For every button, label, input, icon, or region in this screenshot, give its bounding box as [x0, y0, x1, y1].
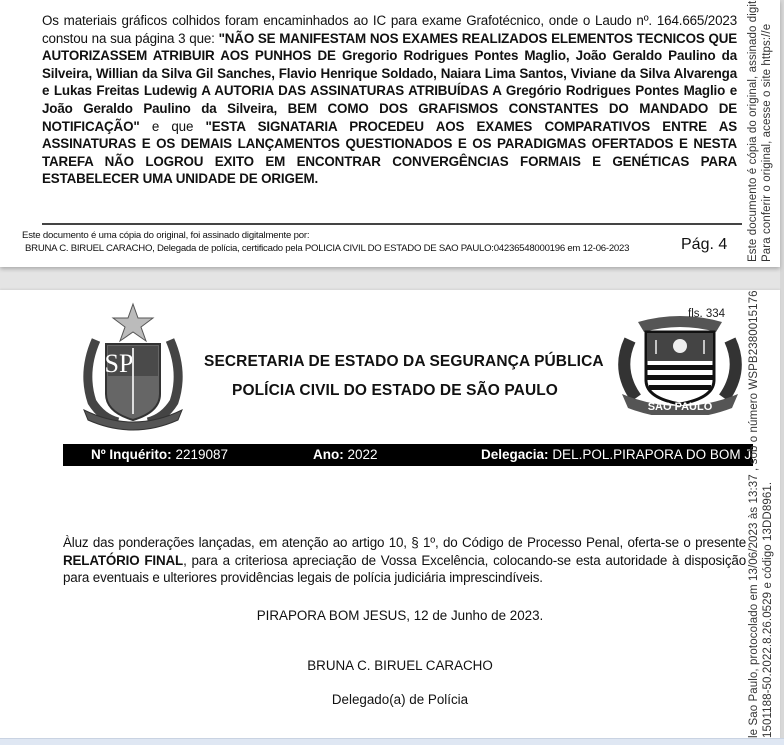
place-date: PIRAPORA BOM JESUS, 12 de Junho de 2023. — [0, 608, 780, 623]
page-number: Pág. 4 — [681, 236, 727, 254]
text-segment: RELATÓRIO FINAL — [63, 553, 183, 568]
header-title-secretaria: SECRETARIA DE ESTADO DA SEGURANÇA PÚBLIC… — [204, 353, 604, 371]
svg-text:SP: SP — [105, 349, 134, 378]
viewer-bottom-bar — [0, 738, 784, 745]
ano-value: 2022 — [348, 447, 378, 462]
inquerito-label: Nº Inquérito: — [91, 447, 172, 462]
signature-certificate: BRUNA C. BIRUEL CARACHO, Delegada de pol… — [25, 243, 629, 254]
document-page-relatorio: SP SECRETARIA DE ESTADO DA SEGURANÇA PÚB… — [0, 290, 780, 740]
side-stamp-line1: Este documento é cópia do original, assi… — [747, 0, 759, 262]
side-stamp-line1: le Sao Paulo, protocolado em 13/06/2023 … — [748, 290, 760, 738]
side-stamp-line2: 1501188-50.2022.8.26.0529 e código 13DD8… — [762, 482, 774, 738]
scrollbar-track[interactable] — [780, 0, 784, 745]
text-segment: Àluz das ponderações lançadas, em atençã… — [63, 535, 746, 550]
inquerito-value: 2219087 — [175, 447, 228, 462]
policia-civil-badge-icon: SÃO PAULO — [616, 310, 744, 415]
delegacia-value: DEL.POL.PIRAPORA DO BOM JE — [552, 447, 753, 462]
ano-label: Ano: — [313, 447, 344, 462]
text-segment: e que — [140, 119, 206, 134]
relatorio-paragraph: Àluz das ponderações lançadas, em atençã… — [63, 534, 746, 587]
signer-role: Delegado(a) de Polícia — [0, 692, 780, 707]
signer-name: BRUNA C. BIRUEL CARACHO — [0, 658, 780, 673]
document-page-4: Os materiais gráficos colhidos foram enc… — [0, 0, 780, 267]
sao-paulo-coat-of-arms-icon: SP — [78, 302, 188, 432]
folio-number: fls. 334 — [688, 308, 725, 320]
delegacia-label: Delegacia: — [481, 447, 549, 462]
inquiry-info-bar: Nº Inquérito: 2219087 Ano: 2022 Delegaci… — [63, 444, 753, 466]
laudo-paragraph: Os materiais gráficos colhidos foram enc… — [42, 12, 737, 188]
svg-text:SÃO PAULO: SÃO PAULO — [648, 400, 713, 413]
header-title-policia-civil: POLÍCIA CIVIL DO ESTADO DE SÃO PAULO — [232, 382, 558, 400]
signature-notice: Este documento é uma cópia do original, … — [22, 230, 309, 241]
side-stamp-line2: Para conferir o original, acesse o site … — [761, 24, 773, 262]
footer-divider — [42, 223, 742, 225]
